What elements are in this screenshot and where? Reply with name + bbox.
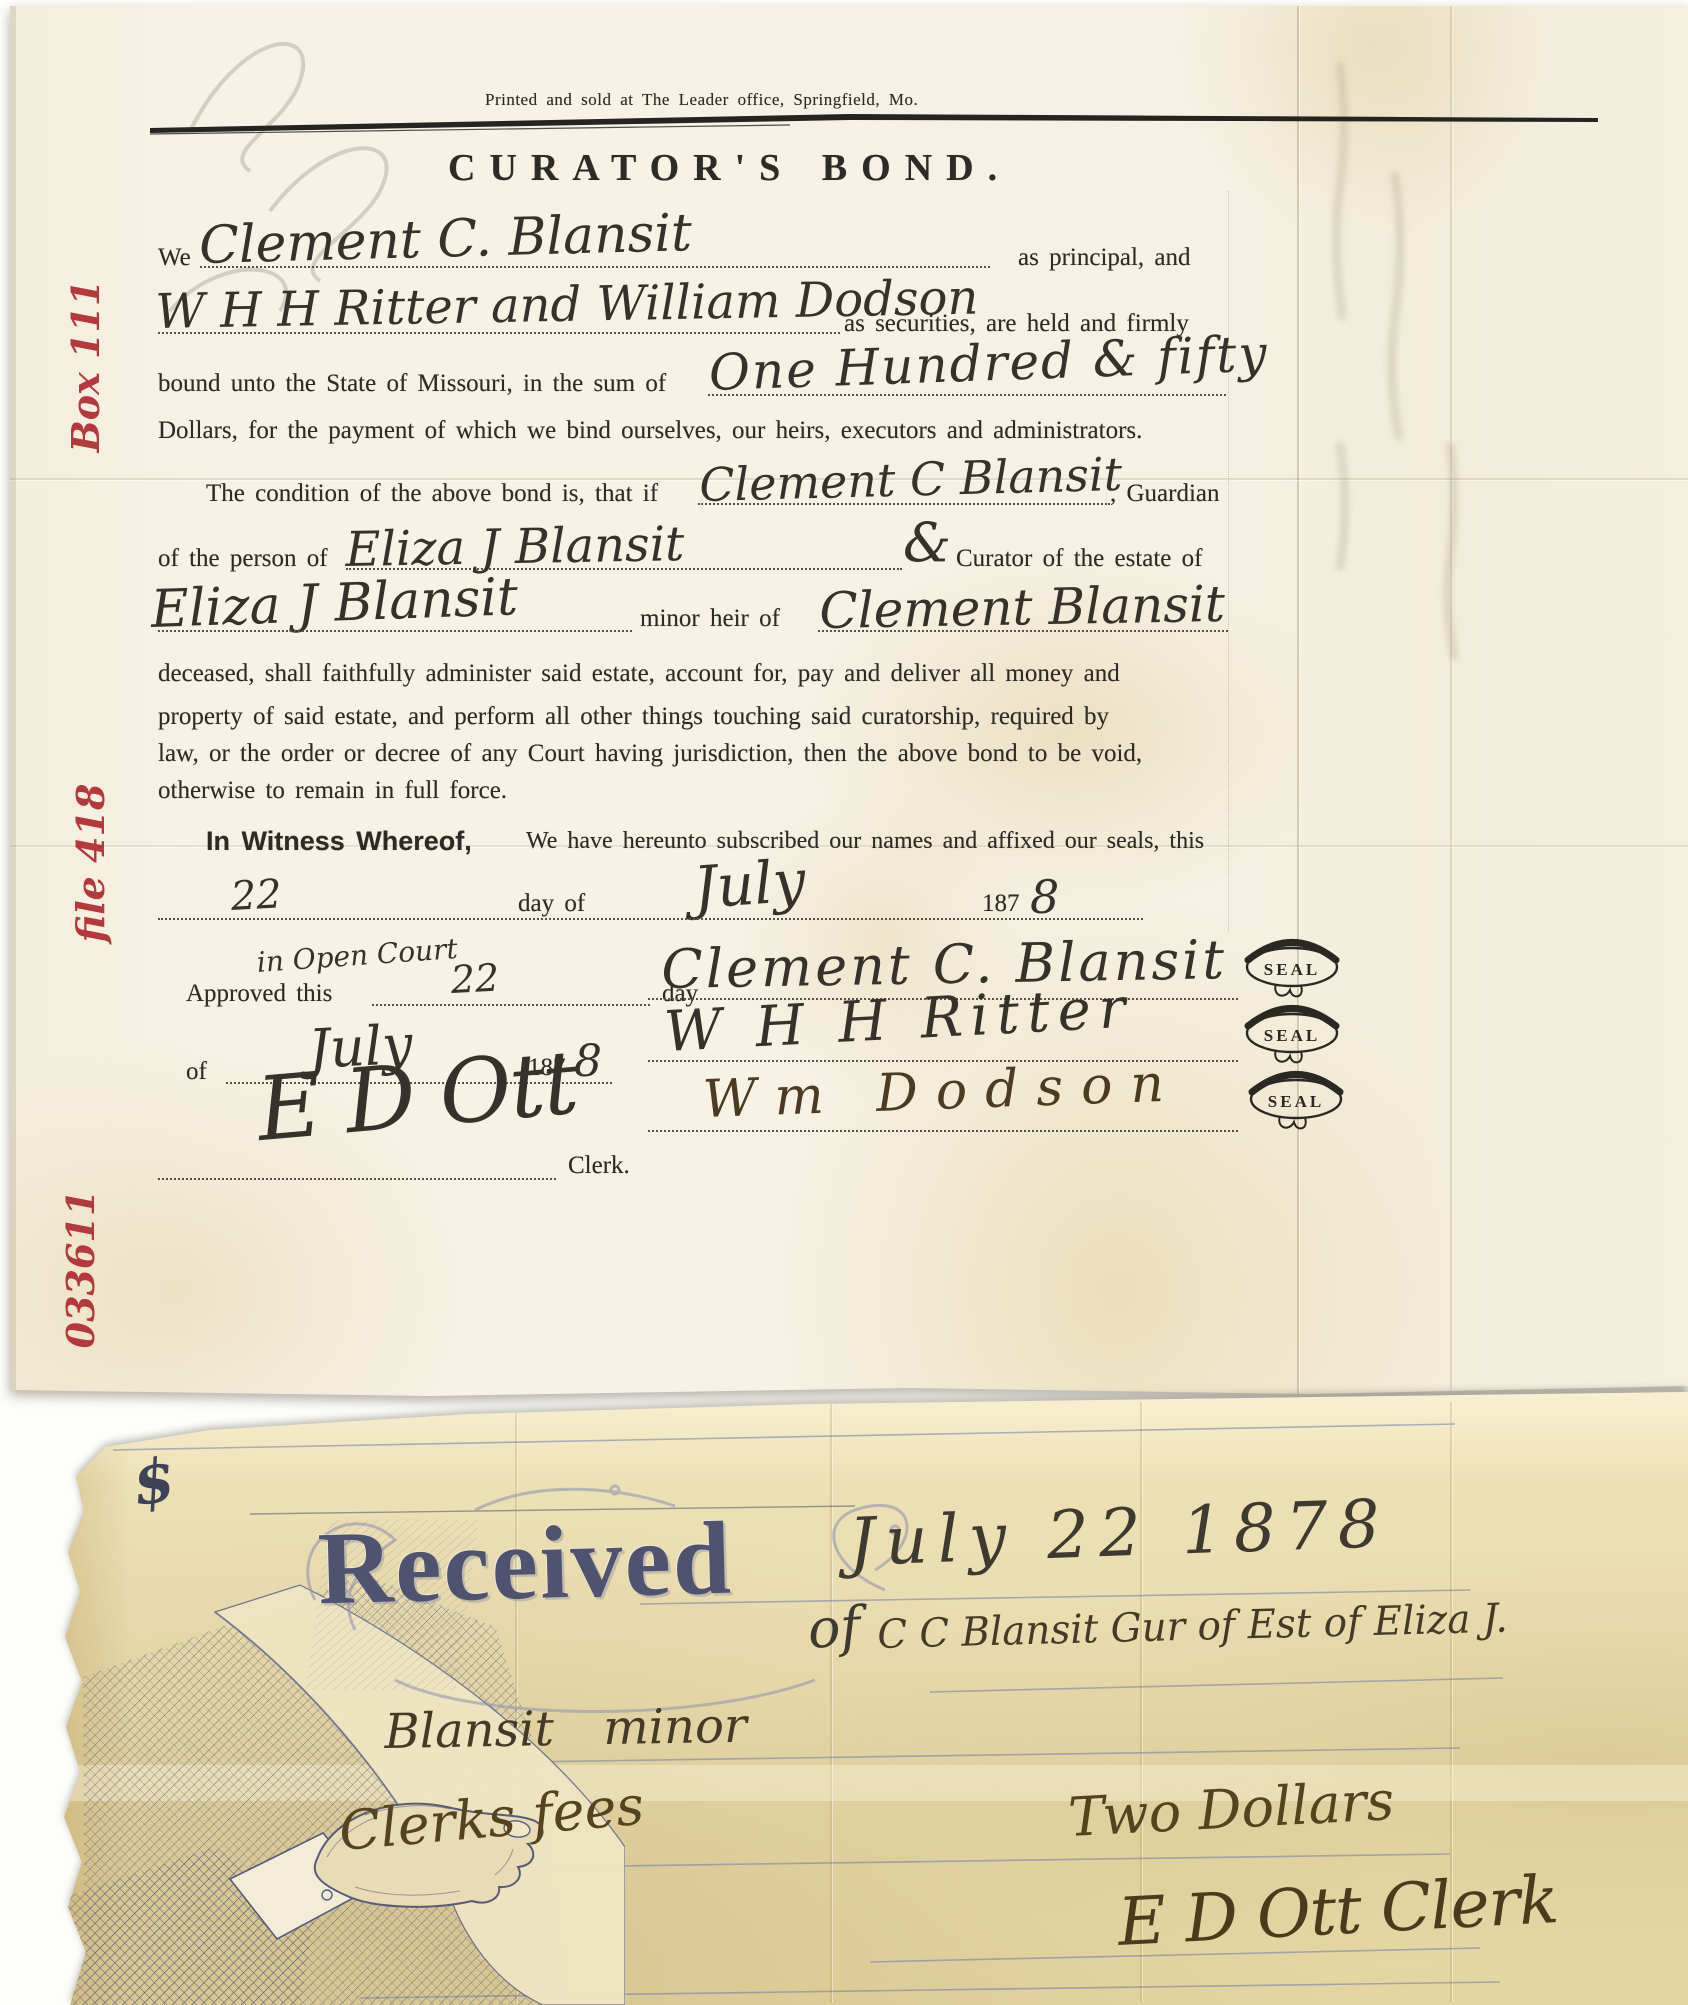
day-of-label: day of: [518, 890, 585, 918]
deceased-name-handwritten: Clement Blansit: [819, 575, 1225, 640]
scanned-document-page: Printed and sold at The Leader office, S…: [0, 0, 1688, 2005]
sum-amount-handwritten: One Hundred & fifty: [708, 324, 1270, 402]
marginalia-file-text: file 418: [68, 784, 113, 943]
we-label: We: [158, 244, 191, 272]
fee-receipt-slip: $ Received July 22 1878 of C C Blansit G…: [50, 1392, 1688, 2005]
year-printed: 187: [982, 890, 1020, 918]
seal-stamp: SEAL: [1244, 1066, 1348, 1132]
seal-stamp: SEAL: [1240, 1000, 1344, 1066]
receipt-payer2-handwritten: Blansit minor: [384, 1698, 747, 1760]
of-label: of: [186, 1058, 207, 1086]
paper-edge: [10, 6, 16, 1402]
seal-stamp: SEAL: [1240, 934, 1344, 1000]
fold-line-vertical: [1297, 6, 1299, 1396]
printer-imprint: Printed and sold at The Leader office, S…: [485, 90, 918, 110]
sum-prefix: bound unto the State of Missouri, in the…: [158, 370, 666, 398]
fill-line: [158, 918, 1143, 920]
witness-text: We have hereunto subscribed our names an…: [526, 828, 1204, 855]
svg-text:SEAL: SEAL: [1264, 960, 1320, 979]
approved-day-handwritten: 22: [450, 956, 501, 1002]
svg-text:SEAL: SEAL: [1268, 1092, 1324, 1111]
signature-security-2: Wm Dodson: [702, 1053, 1183, 1130]
svg-text:SEAL: SEAL: [1264, 1026, 1320, 1045]
header-rule: [150, 112, 1598, 138]
person-prefix: of the person of: [158, 545, 328, 573]
body-line: deceased, shall faithfully administer sa…: [158, 660, 1120, 688]
fill-line: [158, 630, 632, 632]
guardian-name-handwritten: Clement C Blansit: [699, 447, 1123, 512]
fill-line: [372, 1004, 650, 1006]
dollars-line: Dollars, for the payment of which we bin…: [158, 417, 1142, 445]
clerk-label: Clerk.: [568, 1152, 630, 1180]
marginalia-box-text: Box 111: [63, 280, 108, 453]
witness-lead: In Witness Whereof,: [206, 826, 472, 857]
document-title: CURATOR'S BOND.: [448, 146, 1011, 190]
signed-month-handwritten: July: [691, 846, 807, 922]
marginalia-case-text: 033611: [58, 1190, 103, 1349]
received-word: Received: [317, 1499, 734, 1629]
body-line: law, or the order or decree of any Court…: [158, 740, 1142, 768]
margin-guide: [1228, 191, 1229, 931]
condition-prefix: The condition of the above bond is, that…: [206, 480, 658, 508]
guardian-suffix: , Guardian: [1110, 480, 1220, 508]
approved-year-script-handwritten: 8: [574, 1036, 602, 1087]
curators-bond-sheet: Printed and sold at The Leader office, S…: [0, 0, 1688, 1410]
marginalia-box-number: Box 111: [40, 266, 130, 466]
body-line: otherwise to remain in full force.: [158, 777, 507, 805]
fill-line: [158, 1178, 556, 1180]
approved-label: Approved this: [186, 980, 332, 1008]
signed-day-handwritten: 22: [230, 871, 283, 920]
signature-line: [648, 1130, 1238, 1132]
ampersand-handwritten: &: [903, 511, 951, 574]
open-court-note-handwritten: in Open Court: [256, 932, 459, 979]
marginalia-file-number: file 418: [45, 763, 135, 963]
fold-line-vertical: [1450, 6, 1452, 1396]
body-line: property of said estate, and perform all…: [158, 703, 1109, 731]
heir-label: minor heir of: [640, 605, 780, 633]
receipt-paper: $ Received July 22 1878 of C C Blansit G…: [50, 1392, 1688, 2005]
clerk-signature-handwritten: E D Ott: [253, 1031, 580, 1161]
curator-label: Curator of the estate of: [956, 545, 1202, 573]
marginalia-case-number: 033611: [35, 1169, 125, 1369]
principal-suffix: as principal, and: [1018, 244, 1191, 272]
year-script-handwritten: 8: [1030, 870, 1059, 924]
receipt-of-handwritten: of: [806, 1594, 863, 1661]
bond-paper: Printed and sold at The Leader office, S…: [10, 6, 1688, 1402]
